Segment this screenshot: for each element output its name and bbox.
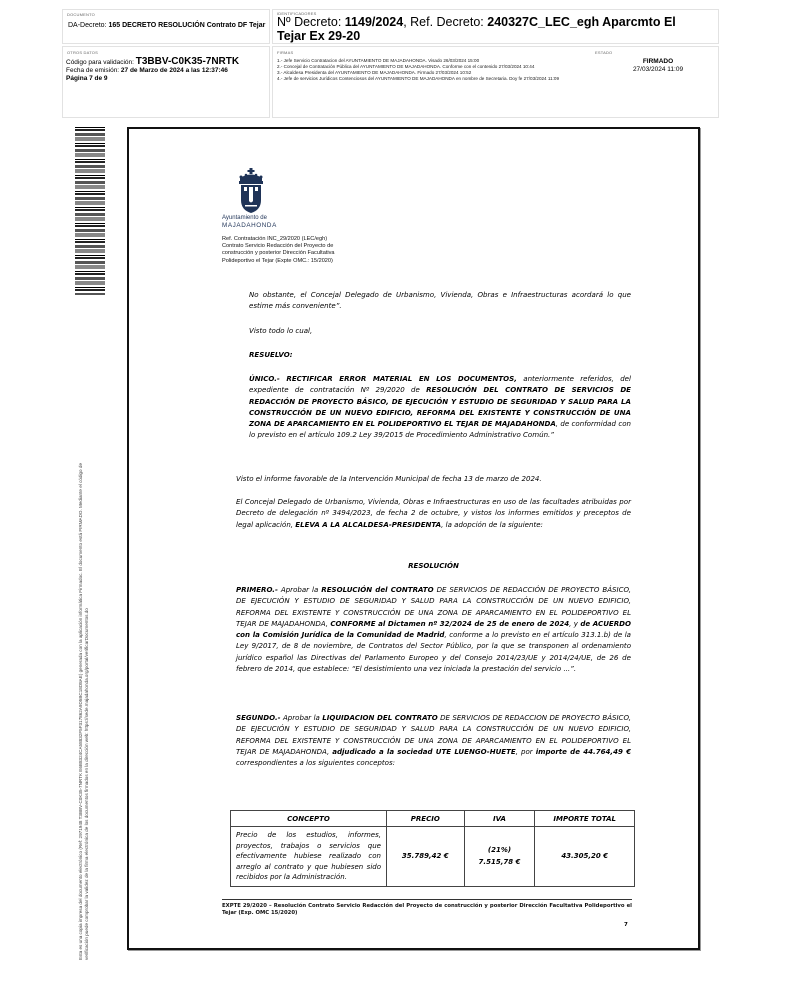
document-info-box: DOCUMENTO DA-Decreto: 165 DECRETO RESOLU…: [62, 9, 270, 44]
iva-amount: 7.515,78 €: [469, 858, 531, 866]
primero-bold-2: RESOLUCIÓN del CONTRATO: [321, 585, 433, 594]
table-row: Precio de los estudios, informes, proyec…: [231, 827, 635, 887]
status-value: FIRMADO: [643, 58, 673, 65]
primero-text-1: Aprobar la: [278, 585, 321, 594]
concepto-cell: Precio de los estudios, informes, proyec…: [231, 827, 387, 887]
segundo-bold-2: LIQUIDACION DEL CONTRATO: [322, 713, 437, 722]
status-date: 27/03/2024 11:09: [633, 66, 683, 73]
ref-label: , Ref. Decreto:: [403, 15, 487, 29]
footer-divider: [222, 899, 632, 900]
concejal-bold: ELEVA A LA ALCALDESA-PRESIDENTA: [295, 520, 441, 529]
other-data-box: OTROS DATOS Código para validación: T3BB…: [62, 46, 270, 118]
concejal-text-2: , la adopción de la siguiente:: [441, 520, 543, 529]
document-title-value: 165 DECRETO RESOLUCIÓN Contrato DF Tejar: [108, 22, 265, 29]
resolucion-text: RESOLUCIÓN: [408, 561, 459, 570]
identifiers-box: IDENTIFICADORES Nº Decreto: 1149/2024, R…: [272, 9, 719, 44]
liquidation-table: CONCEPTO PRECIO IVA IMPORTE TOTAL Precio…: [230, 810, 635, 887]
page-count-text: Página 7 de 9: [66, 75, 108, 82]
coat-of-arms-icon: [232, 168, 270, 214]
total-cell: 43.305,20 €: [535, 827, 635, 887]
status-label: ESTADO: [595, 50, 612, 55]
unico-label: ÚNICO.- RECTIFICAR ERROR MATERIAL EN LOS…: [249, 374, 517, 383]
signatures-list: 1.- Jefe Servicio Contratacion del AYUNT…: [277, 58, 597, 82]
decree-label: Nº Decreto:: [277, 15, 345, 29]
document-title: DA-Decreto: 165 DECRETO RESOLUCIÓN Contr…: [68, 21, 265, 30]
footer-text: EXPTE 29/2020 – Resolución Contrato Serv…: [222, 903, 632, 917]
side-text-line-2: verificación puede comprobar la validez …: [84, 300, 90, 960]
paragraph-unico: ÚNICO.- RECTIFICAR ERROR MATERIAL EN LOS…: [249, 373, 631, 441]
page-number: 7: [624, 922, 628, 928]
paragraph-concejal: El Concejal Delegado de Urbanismo, Vivie…: [236, 496, 631, 530]
document-prefix: DA-Decreto:: [68, 22, 108, 29]
issue-date-row: Fecha de emisión: 27 de Marzo de 2024 a …: [66, 67, 239, 75]
column-header-precio: PRECIO: [387, 811, 465, 827]
column-header-iva: IVA: [464, 811, 535, 827]
reference-line: Polideportivo el Tejar (Expte OMC.: 15/2…: [222, 258, 382, 265]
signatures-label: FIRMAS: [277, 50, 293, 55]
iva-cell: (21%) 7.515,78 €: [464, 827, 535, 887]
paragraph-primero: PRIMERO.- Aprobar la RESOLUCIÓN del CONT…: [236, 584, 631, 674]
page-count: Página 7 de 9: [66, 75, 239, 83]
validation-code-label: Código para validación:: [66, 59, 136, 66]
validation-code[interactable]: T3BBV-C0K35-7NRTK: [136, 56, 239, 67]
paragraph-segundo: SEGUNDO.- Aprobar la LIQUIDACION DEL CON…: [236, 712, 631, 768]
verification-side-text: Esta es una copia impresa del documento …: [78, 300, 90, 960]
column-header-importe-total: IMPORTE TOTAL: [535, 811, 635, 827]
signatures-box: FIRMAS 1.- Jefe Servicio Contratacion de…: [272, 46, 719, 118]
contract-reference: Ref. Contratación INC_29/2020 (LEC/egh) …: [222, 236, 382, 265]
precio-cell: 35.789,42 €: [387, 827, 465, 887]
organization-name: Ayuntamiento de MAJADAHONDA: [222, 215, 277, 229]
segundo-bold-4: importe de 44.764,49 €: [536, 747, 631, 756]
iva-rate: (21%): [469, 846, 531, 854]
table-header-row: CONCEPTO PRECIO IVA IMPORTE TOTAL: [231, 811, 635, 827]
paragraph-no-obstante: No obstante, el Concejal Delegado de Urb…: [249, 289, 631, 312]
paragraph-visto-todo: Visto todo lo cual,: [249, 325, 631, 336]
issue-date: 27 de Marzo de 2024 a las 12:37:46: [121, 67, 228, 74]
signature-item: 4.- Jefe de servicios Jurídicos Contenci…: [277, 76, 597, 82]
segundo-text-3: , por: [516, 747, 536, 756]
organization-line-2: MAJADAHONDA: [222, 222, 277, 229]
resuelvo-text: RESUELVO:: [249, 350, 293, 359]
document-label: DOCUMENTO: [67, 12, 95, 17]
reference-line: construcción y posterior Dirección Facul…: [222, 250, 382, 257]
validation-code-row: Código para validación: T3BBV-C0K35-7NRT…: [66, 58, 239, 67]
status-badge: FIRMADO 27/03/2024 11:09: [618, 58, 698, 74]
segundo-text-1: Aprobar la: [281, 713, 323, 722]
reference-line: Contrato Servicio Redacción del Proyecto…: [222, 243, 382, 250]
segundo-bold-3: adjudicado a la sociedad UTE LUENGO-HUET…: [332, 747, 516, 756]
issue-date-label: Fecha de emisión:: [66, 67, 121, 74]
segundo-label: SEGUNDO.-: [236, 713, 281, 722]
decree-number: 1149/2024: [345, 15, 403, 29]
segundo-text-4: correspondientes a los siguientes concep…: [236, 758, 395, 767]
decree-identifier: Nº Decreto: 1149/2024, Ref. Decreto: 240…: [277, 16, 707, 43]
other-data: Código para validación: T3BBV-C0K35-7NRT…: [66, 58, 239, 82]
reference-line: Ref. Contratación INC_29/2020 (LEC/egh): [222, 236, 382, 243]
resuelvo-heading: RESUELVO:: [249, 349, 631, 360]
other-data-label: OTROS DATOS: [67, 50, 98, 55]
primero-label: PRIMERO.-: [236, 585, 278, 594]
organization-line-1: Ayuntamiento de: [222, 215, 277, 222]
column-header-concepto: CONCEPTO: [231, 811, 387, 827]
primero-bold-3: CONFORME al Dictamen nº 32/2024 de 25 de…: [330, 619, 569, 628]
resolucion-heading: RESOLUCIÓN: [236, 560, 631, 571]
barcode-icon: [75, 127, 105, 295]
primero-text-3: , y: [569, 619, 580, 628]
paragraph-informe: Visto el informe favorable de la Interve…: [236, 473, 631, 484]
